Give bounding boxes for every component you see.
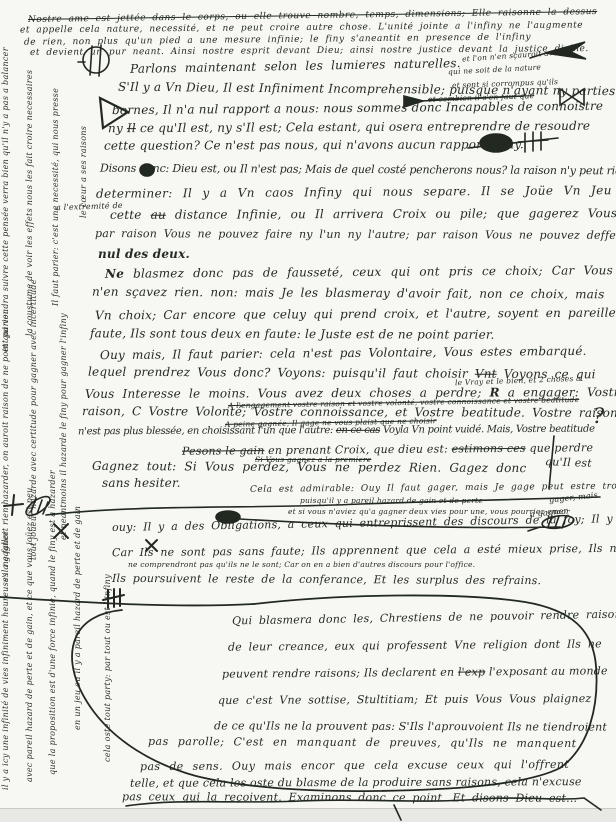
manuscript-line: Vn choix; Car encore que celuy qui prend… [95, 307, 616, 322]
manuscript-line: cette au distance Infinie, ou Il arriver… [110, 207, 616, 221]
manuscript-page: Nostre ame est jettée dans le corps, ou … [0, 0, 616, 822]
circled-line: que c'est Vne sottise, Stultitiam; Et pu… [218, 693, 591, 706]
margin-note-column: en un jeu ou il y a pareil hazard de per… [74, 506, 82, 730]
text-segment: n'est pas plus blessée, en choisissant l… [78, 425, 336, 437]
text-segment: ny [108, 121, 127, 135]
struck-word: Il [127, 121, 136, 135]
manuscript-line: faute, Ils sont tous deux en faute: le J… [90, 327, 495, 340]
text-segment: cette [110, 208, 151, 222]
circled-line: de ce qu'Ils ne la prouvent pas: S'Ils l… [214, 720, 607, 732]
text-segment: distance Infinie, ou Il arrivera Croix o… [166, 206, 616, 222]
circled-line: peuvent rendre raisons; Ils declarent en… [222, 665, 608, 679]
margin-note-column: avec pareil hazard de perte et de gain, … [26, 487, 34, 782]
manuscript-line: n'en sçavez rien. non: mais Je les blasm… [92, 286, 605, 301]
manuscript-line: Disons donc: Dieu est, ou Il n'est pas; … [100, 163, 616, 177]
marginal-scribble: qui ne soit de la nature [448, 64, 541, 76]
struck-word: en ce cas [336, 425, 380, 436]
margin-word: gager, mais [549, 491, 599, 504]
text-segment: que perdre [526, 441, 594, 455]
large-question-mark: ? [593, 404, 604, 428]
struck-word: estimons ces [452, 442, 526, 456]
scan-edge-band [0, 808, 616, 822]
margin-note-column: que la proposition est d'une force infin… [49, 470, 57, 775]
manuscript-line: bornes, Il n'a nul rapport a nous: nous … [112, 100, 603, 116]
text-segment: blasmez donc pas de fausseté, ceux qui o… [124, 263, 613, 280]
struck-word: l'exp [458, 665, 485, 678]
text-segment: lequel prendrez Vous donc? Voyons: puisq… [88, 365, 475, 381]
margin-note-column: et neantmoins il hazarde le finy pour ga… [60, 313, 68, 540]
manuscript-line: Ouy mais, Il faut parier: cela n'est pas… [100, 345, 587, 361]
manuscript-line: ny Il ce qu'Il est, ny s'Il est; Cela es… [108, 120, 590, 135]
struck-word: au [151, 208, 166, 222]
interline-insert: ne comprendront pas qu'ils ne le sont; C… [128, 561, 475, 569]
manuscript-line: Cela est admirable: Ouy Il faut gager, m… [250, 482, 616, 495]
manuscript-line: par raison Vous ne pouvez faire ny l'un … [95, 228, 616, 241]
text-segment: peuvent rendre raisons; Ils declarent en [222, 666, 458, 681]
circled-line: pas parolle; C'est en manquant de preuve… [148, 736, 577, 749]
circled-line: pas de sens. Ouy mais encor que cela exc… [140, 759, 569, 772]
manuscript-line: Ils poursuivent le reste de la conferanc… [112, 573, 541, 586]
manuscript-line: Car Ils ne sont pas sans faute; Ils appr… [112, 543, 616, 558]
manuscript-line: cette question? Ce n'est pas nous, qui n… [104, 138, 524, 151]
circled-line: pas ceux qui la reçoivent. Examinons don… [122, 791, 577, 804]
manuscript-line: Gagnez tout: Si Vous perdez, Vous ne per… [92, 460, 526, 474]
circled-line: de leur creance, eux qui professent Vne … [228, 638, 602, 652]
margin-note-column: il y a icy une infinité de vies infinime… [2, 531, 10, 790]
manuscript-line: n'est pas plus blessée, en choisissant l… [78, 425, 595, 438]
text-segment: ce qu'Il est, ny s'Il est; Cela estant, … [136, 119, 590, 135]
interline-insert: puisqu'il y a pareil hazard de gain et d… [300, 497, 483, 505]
circled-line: telle, et que cela les oste du blasme de… [130, 776, 582, 789]
manuscript-line: Ne blasmez donc pas de fausseté, ceux qu… [105, 264, 613, 280]
margin-note-column: le cœur a ses raisons [80, 126, 88, 218]
line-parlons-maintenant: Parlons maintenant selon les lumieres na… [130, 57, 461, 75]
struck-word: Pesons le gain [182, 444, 265, 458]
overwritten-word: Ne [105, 267, 124, 281]
text-segment: l'exposant au monde [485, 664, 608, 678]
manuscript-line: sans hesiter. [102, 477, 181, 489]
line-fragment: qu'Il est [545, 456, 592, 469]
text-segment: Voyla Vn point vuidé. Mais, Vostre beati… [380, 424, 595, 436]
circled-line: Qui blasmera donc les, Chrestiens de ne … [232, 609, 616, 627]
margin-note-column: et qui voudra suivre cette pensée verra … [2, 47, 10, 352]
manuscript-line: determiner: Il y a Vn caos Infiny qui no… [96, 184, 612, 200]
manuscript-line: S'Il y a Vn Dieu, Il est Infiniment Inco… [118, 81, 616, 98]
manuscript-line: Pesons le gain en prenant Croix, que die… [182, 442, 593, 457]
margin-note-column: cela oste tout party: par tout ou est l'… [104, 574, 112, 762]
manuscript-line: nul des deux. [98, 248, 190, 260]
margin-note-column: Il faut parier: c'est une necessité, qui… [52, 88, 60, 306]
